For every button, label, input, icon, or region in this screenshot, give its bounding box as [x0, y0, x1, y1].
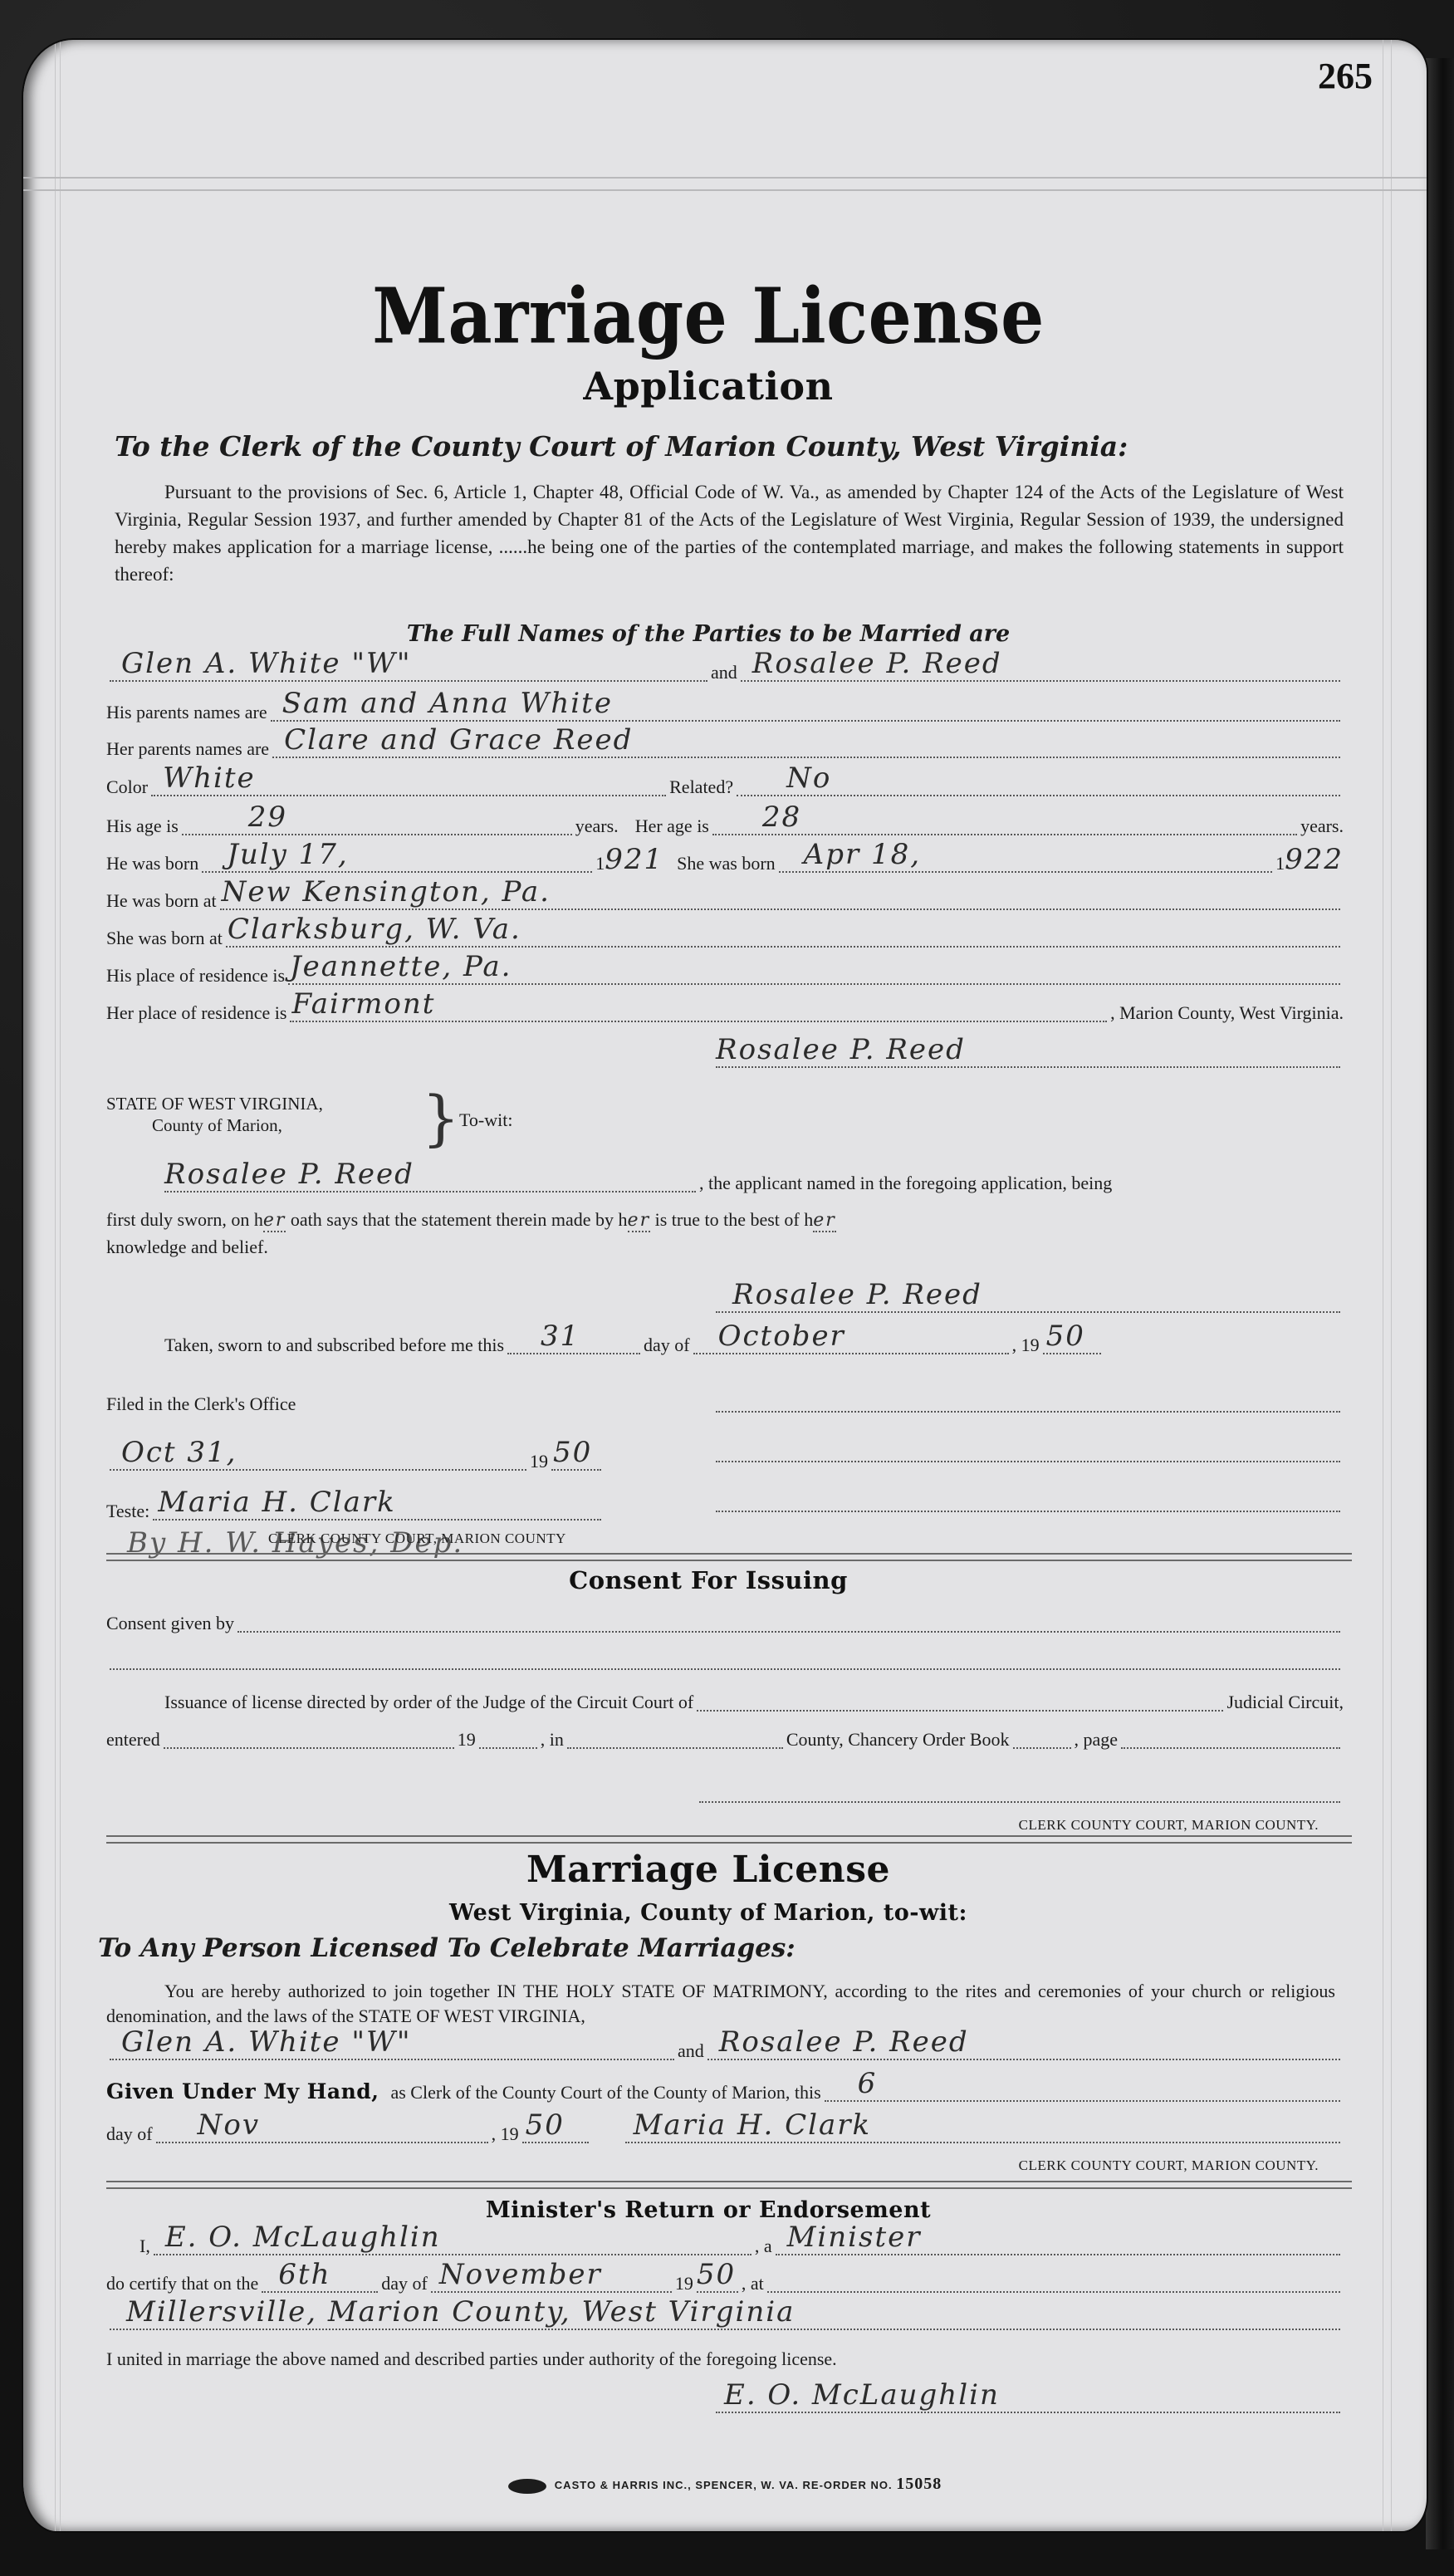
filed-year: 50 — [553, 1436, 592, 1469]
i-label: I, — [140, 2236, 150, 2260]
in-label: , in — [541, 1729, 564, 1754]
oath-signature-field[interactable]: Rosalee P. Reed — [716, 1275, 1340, 1313]
given-under-hand-row: Given Under My Hand, as Clerk of the Cou… — [106, 2070, 1344, 2107]
consent-given-field[interactable] — [237, 1594, 1340, 1633]
his-parents-value: Sam and Anna White — [282, 687, 613, 720]
right-margin-line — [1383, 40, 1383, 2531]
consent-clerk-title: CLERK COUNTY COURT, MARION COUNTY. — [1019, 1817, 1319, 1834]
consent-heading: Consent For Issuing — [81, 1566, 1335, 1594]
bride-name-field[interactable]: Rosalee P. Reed — [741, 644, 1340, 682]
applicant-signature: Rosalee P. Reed — [716, 1033, 966, 1066]
blank-line-1 — [712, 1381, 1344, 1418]
his-residence-label: His place of residence is — [106, 965, 285, 990]
marriage-year: 50 — [697, 2258, 736, 2291]
he-born-date-field[interactable]: July 17, — [202, 835, 592, 873]
related-field[interactable]: No — [737, 758, 1340, 796]
license-year-prefix: , 19 — [492, 2123, 519, 2148]
entered-row: entered 19 , in County, Chancery Order B… — [106, 1717, 1344, 1754]
license-authorization: You are hereby authorized to join togeth… — [106, 1979, 1335, 2029]
groom-name: Glen A. White "W" — [121, 647, 412, 680]
license-parties-row: Glen A. White "W" and Rosalee P. Reed — [106, 2029, 1344, 2065]
oath-text-1: first duly sworn, on h — [106, 1209, 263, 1230]
his-parents-field[interactable]: Sam and Anna White — [271, 683, 1340, 722]
blank-field-1[interactable] — [716, 1374, 1340, 1413]
sworn-day: 31 — [541, 1320, 580, 1353]
license-subtitle: West Virginia, County of Marion, to-wit: — [81, 1900, 1335, 1926]
marriage-date-continuation[interactable] — [767, 2255, 1340, 2293]
addressed-to-clerk: To the Clerk of the County Court of Mari… — [115, 430, 1128, 463]
page-field[interactable] — [1121, 1711, 1340, 1749]
oath-text-2: oath says that the statement therein mad… — [286, 1209, 627, 1230]
blank-field-2[interactable] — [716, 1424, 1340, 1462]
marriage-year-field[interactable]: 50 — [697, 2255, 738, 2293]
filed-year-prefix: 19 — [530, 1451, 548, 1476]
license-groom: Glen A. White "W" — [121, 2025, 412, 2059]
oath-applicant-text: , the applicant named in the foregoing a… — [699, 1173, 1112, 1197]
county-book-label: County, Chancery Order Book — [786, 1729, 1010, 1754]
she-born-date-field[interactable]: Apr 18, — [779, 835, 1272, 873]
license-bride-field[interactable]: Rosalee P. Reed — [707, 2022, 1340, 2060]
oath-pronoun-1[interactable]: er — [263, 1210, 286, 1232]
he-born-date: July 17, — [227, 838, 349, 871]
book-field[interactable] — [1013, 1711, 1071, 1749]
his-age-field[interactable]: 29 — [182, 797, 572, 835]
marriage-month-field[interactable]: November — [431, 2255, 672, 2293]
license-month: Nov — [198, 2108, 260, 2142]
her-residence-suffix: , Marion County, West Virginia. — [1110, 1002, 1344, 1027]
teste-signature: Maria H. Clark — [158, 1486, 396, 1519]
color-label: Color — [106, 776, 148, 801]
day-of-label: day of — [644, 1335, 690, 1359]
taken-label: Taken, sworn to and subscribed before me… — [164, 1335, 504, 1359]
printer-imprint: CASTO & HARRIS INC., SPENCER, W. VA. RE-… — [23, 2475, 1427, 2494]
blank-line-2 — [712, 1431, 1344, 1467]
bride-name: Rosalee P. Reed — [752, 647, 1002, 680]
imprint-text: CASTO & HARRIS INC., SPENCER, W. VA. RE-… — [555, 2479, 893, 2491]
to-wit-label: To-wit: — [459, 1109, 512, 1131]
consent-continuation-row — [106, 1638, 1344, 1675]
sworn-date-row: Taken, sworn to and subscribed before me… — [106, 1323, 1344, 1359]
license-addressed-to: To Any Person Licensed To Celebrate Marr… — [98, 1933, 796, 1963]
circuit-field[interactable] — [697, 1673, 1223, 1712]
sworn-year-prefix: , 19 — [1012, 1335, 1040, 1359]
her-age-field[interactable]: 28 — [712, 797, 1297, 835]
minister-title-field[interactable]: Minister — [776, 2217, 1340, 2255]
filed-date: Oct 31, — [121, 1436, 237, 1469]
license-groom-field[interactable]: Glen A. White "W" — [110, 2022, 674, 2060]
sworn-year-field[interactable]: 50 — [1043, 1316, 1101, 1354]
consent-clerk-signature-field[interactable] — [699, 1765, 1340, 1803]
filed-label: Filed in the Clerk's Office — [106, 1393, 296, 1415]
sworn-year: 50 — [1046, 1320, 1085, 1353]
her-age-label: Her age is — [635, 815, 709, 840]
license-year-field[interactable]: 50 — [522, 2105, 589, 2143]
license-and-label: and — [678, 2040, 704, 2065]
application-subtitle: Application — [81, 364, 1335, 409]
teste-label: Teste: — [106, 1501, 149, 1526]
oath-applicant: Rosalee P. Reed — [164, 1158, 414, 1191]
parties-names-row: Glen A. White "W" and Rosalee P. Reed — [106, 650, 1344, 687]
section-divider-1 — [106, 1553, 1352, 1561]
venue-state: STATE OF WEST VIRGINIA, — [106, 1093, 323, 1114]
color-related-row: Color White Related? No — [106, 765, 1344, 801]
license-day-of-label: day of — [106, 2123, 153, 2148]
entered-label: entered — [106, 1729, 160, 1754]
minister-name-field[interactable]: E. O. McLaughlin — [154, 2217, 751, 2255]
his-residence-field[interactable]: Jeannette, Pa. — [288, 947, 1340, 985]
she-born-at-label: She was born at — [106, 928, 223, 953]
her-age-value: 28 — [762, 801, 801, 834]
application-title: Marriage License — [81, 272, 1335, 361]
oath-text-4: knowledge and belief. — [106, 1234, 1344, 1261]
minister-title: Minister — [787, 2221, 922, 2254]
ledger-page: 265 Marriage License Application To the … — [23, 40, 1427, 2531]
her-residence-field[interactable]: Fairmont — [290, 984, 1107, 1022]
page-number: 265 — [1318, 55, 1373, 97]
his-residence-value: Jeannette, Pa. — [290, 950, 512, 983]
groom-name-field[interactable]: Glen A. White "W" — [110, 644, 707, 682]
license-day-field[interactable]: 6 — [825, 2064, 1340, 2102]
oath-pronoun-3[interactable]: er — [813, 1210, 836, 1232]
she-born-date: Apr 18, — [804, 838, 921, 871]
venue-county: County of Marion, — [106, 1114, 323, 1136]
license-day: 6 — [858, 2067, 878, 2100]
teste-signature-field[interactable]: Maria H. Clark — [153, 1482, 601, 1521]
page-label: , page — [1075, 1729, 1119, 1754]
oath-signature-row: Rosalee P. Reed — [712, 1281, 1344, 1318]
left-margin-line — [55, 40, 56, 2531]
consent-clerk-signature-row — [696, 1771, 1344, 1808]
sworn-month: October — [718, 1320, 845, 1353]
sworn-month-field[interactable]: October — [693, 1316, 1009, 1354]
header-rule — [23, 177, 1427, 179]
oath-signature: Rosalee P. Reed — [732, 1278, 982, 1311]
license-title: Marriage License — [81, 1849, 1335, 1891]
license-clerk-title: CLERK COUNTY COURT, MARION COUNTY. — [1019, 2157, 1319, 2174]
she-born-at-value: Clarksburg, W. Va. — [228, 913, 521, 946]
oath-applicant-row: Rosalee P. Reed , the applicant named in… — [106, 1161, 1344, 1197]
his-age-value: 29 — [248, 801, 287, 834]
oath-applicant-field[interactable]: Rosalee P. Reed — [164, 1154, 696, 1193]
he-born-at-label: He was born at — [106, 890, 217, 915]
her-residence-row: Her place of residence is Fairmont , Mar… — [106, 991, 1344, 1027]
book-binding-edge — [1426, 58, 1454, 2549]
venue-block: STATE OF WEST VIRGINIA, County of Marion… — [106, 1093, 323, 1136]
entered-year-prefix: 19 — [458, 1729, 476, 1754]
imprint-number: 15058 — [896, 2475, 942, 2493]
oath-text-3: is true to the best of h — [650, 1209, 813, 1230]
minister-signature-field[interactable]: E. O. McLaughlin — [716, 2375, 1340, 2413]
venue-brace: } — [422, 1088, 460, 1148]
license-date-row: day of Nov , 19 50 Maria H. Clark — [106, 2112, 1344, 2148]
license-clerk-signature: Maria H. Clark — [634, 2108, 872, 2142]
left-margin-line-2 — [60, 40, 61, 2531]
given-under-hand-label: Given Under My Hand, — [106, 2079, 379, 2107]
filed-year-field[interactable]: 50 — [551, 1432, 601, 1471]
color-field[interactable]: White — [151, 758, 666, 796]
oath-statement: first duly sworn, on her oath says that … — [106, 1207, 1344, 1261]
license-month-field[interactable]: Nov — [156, 2105, 488, 2143]
marriage-day: 6th — [278, 2258, 330, 2291]
entered-date-field[interactable] — [164, 1711, 454, 1749]
sworn-day-field[interactable]: 31 — [507, 1316, 640, 1354]
blank-field-3[interactable] — [716, 1474, 1340, 1512]
marriage-place: Millersville, Marion County, West Virgin… — [126, 2295, 795, 2329]
minister-signature: E. O. McLaughlin — [724, 2378, 1000, 2412]
statutory-preamble: Pursuant to the provisions of Sec. 6, Ar… — [115, 478, 1344, 588]
marriage-place-field[interactable]: Millersville, Marion County, West Virgin… — [110, 2292, 1340, 2330]
printer-logo-icon — [508, 2479, 546, 2494]
applicant-signature-row: Rosalee P. Reed — [712, 1036, 1344, 1073]
he-born-at-value: New Kensington, Pa. — [222, 875, 551, 908]
she-born-at-field[interactable]: Clarksburg, W. Va. — [226, 909, 1340, 948]
consent-continuation-field[interactable] — [110, 1632, 1340, 1670]
license-year: 50 — [526, 2108, 565, 2142]
blank-line-3 — [712, 1481, 1344, 1517]
section-divider-2 — [106, 1835, 1352, 1844]
applicant-signature-field[interactable]: Rosalee P. Reed — [716, 1030, 1340, 1068]
section-divider-3 — [106, 2181, 1352, 2189]
marriage-place-row: Millersville, Marion County, West Virgin… — [106, 2299, 1344, 2335]
filed-date-row: Oct 31, 19 50 — [106, 1439, 605, 1476]
right-margin-line-2 — [1391, 40, 1392, 2531]
oath-pronoun-2[interactable]: er — [628, 1210, 651, 1232]
related-value: No — [786, 762, 831, 795]
license-bride: Rosalee P. Reed — [719, 2025, 969, 2059]
county-field[interactable] — [567, 1711, 783, 1749]
given-text: as Clerk of the County Court of the Coun… — [390, 2082, 820, 2107]
filed-date-field[interactable]: Oct 31, — [110, 1432, 526, 1471]
united-statement: I united in marriage the above named and… — [106, 2348, 837, 2370]
her-residence-value: Fairmont — [291, 987, 435, 1021]
his-parents-label: His parents names are — [106, 702, 267, 727]
color-value: White — [163, 762, 256, 795]
her-residence-label: Her place of residence is — [106, 1002, 286, 1027]
years-label-2: years. — [1300, 815, 1344, 840]
license-clerk-signature-field[interactable]: Maria H. Clark — [625, 2105, 1340, 2143]
minister-signature-row: E. O. McLaughlin — [712, 2382, 1344, 2418]
header-rule-2 — [23, 189, 1427, 191]
her-parents-field[interactable]: Clare and Grace Reed — [272, 720, 1340, 758]
her-parents-value: Clare and Grace Reed — [284, 723, 633, 757]
entered-year-field[interactable] — [479, 1711, 537, 1749]
his-age-label: His age is — [106, 815, 179, 840]
teste-row: Teste: Maria H. Clark — [106, 1489, 605, 1526]
minister-name: E. O. McLaughlin — [165, 2221, 441, 2254]
he-born-label: He was born — [106, 853, 198, 878]
he-born-at-field[interactable]: New Kensington, Pa. — [220, 872, 1340, 910]
marriage-month: November — [439, 2258, 602, 2291]
marriage-day-field[interactable]: 6th — [262, 2255, 378, 2293]
